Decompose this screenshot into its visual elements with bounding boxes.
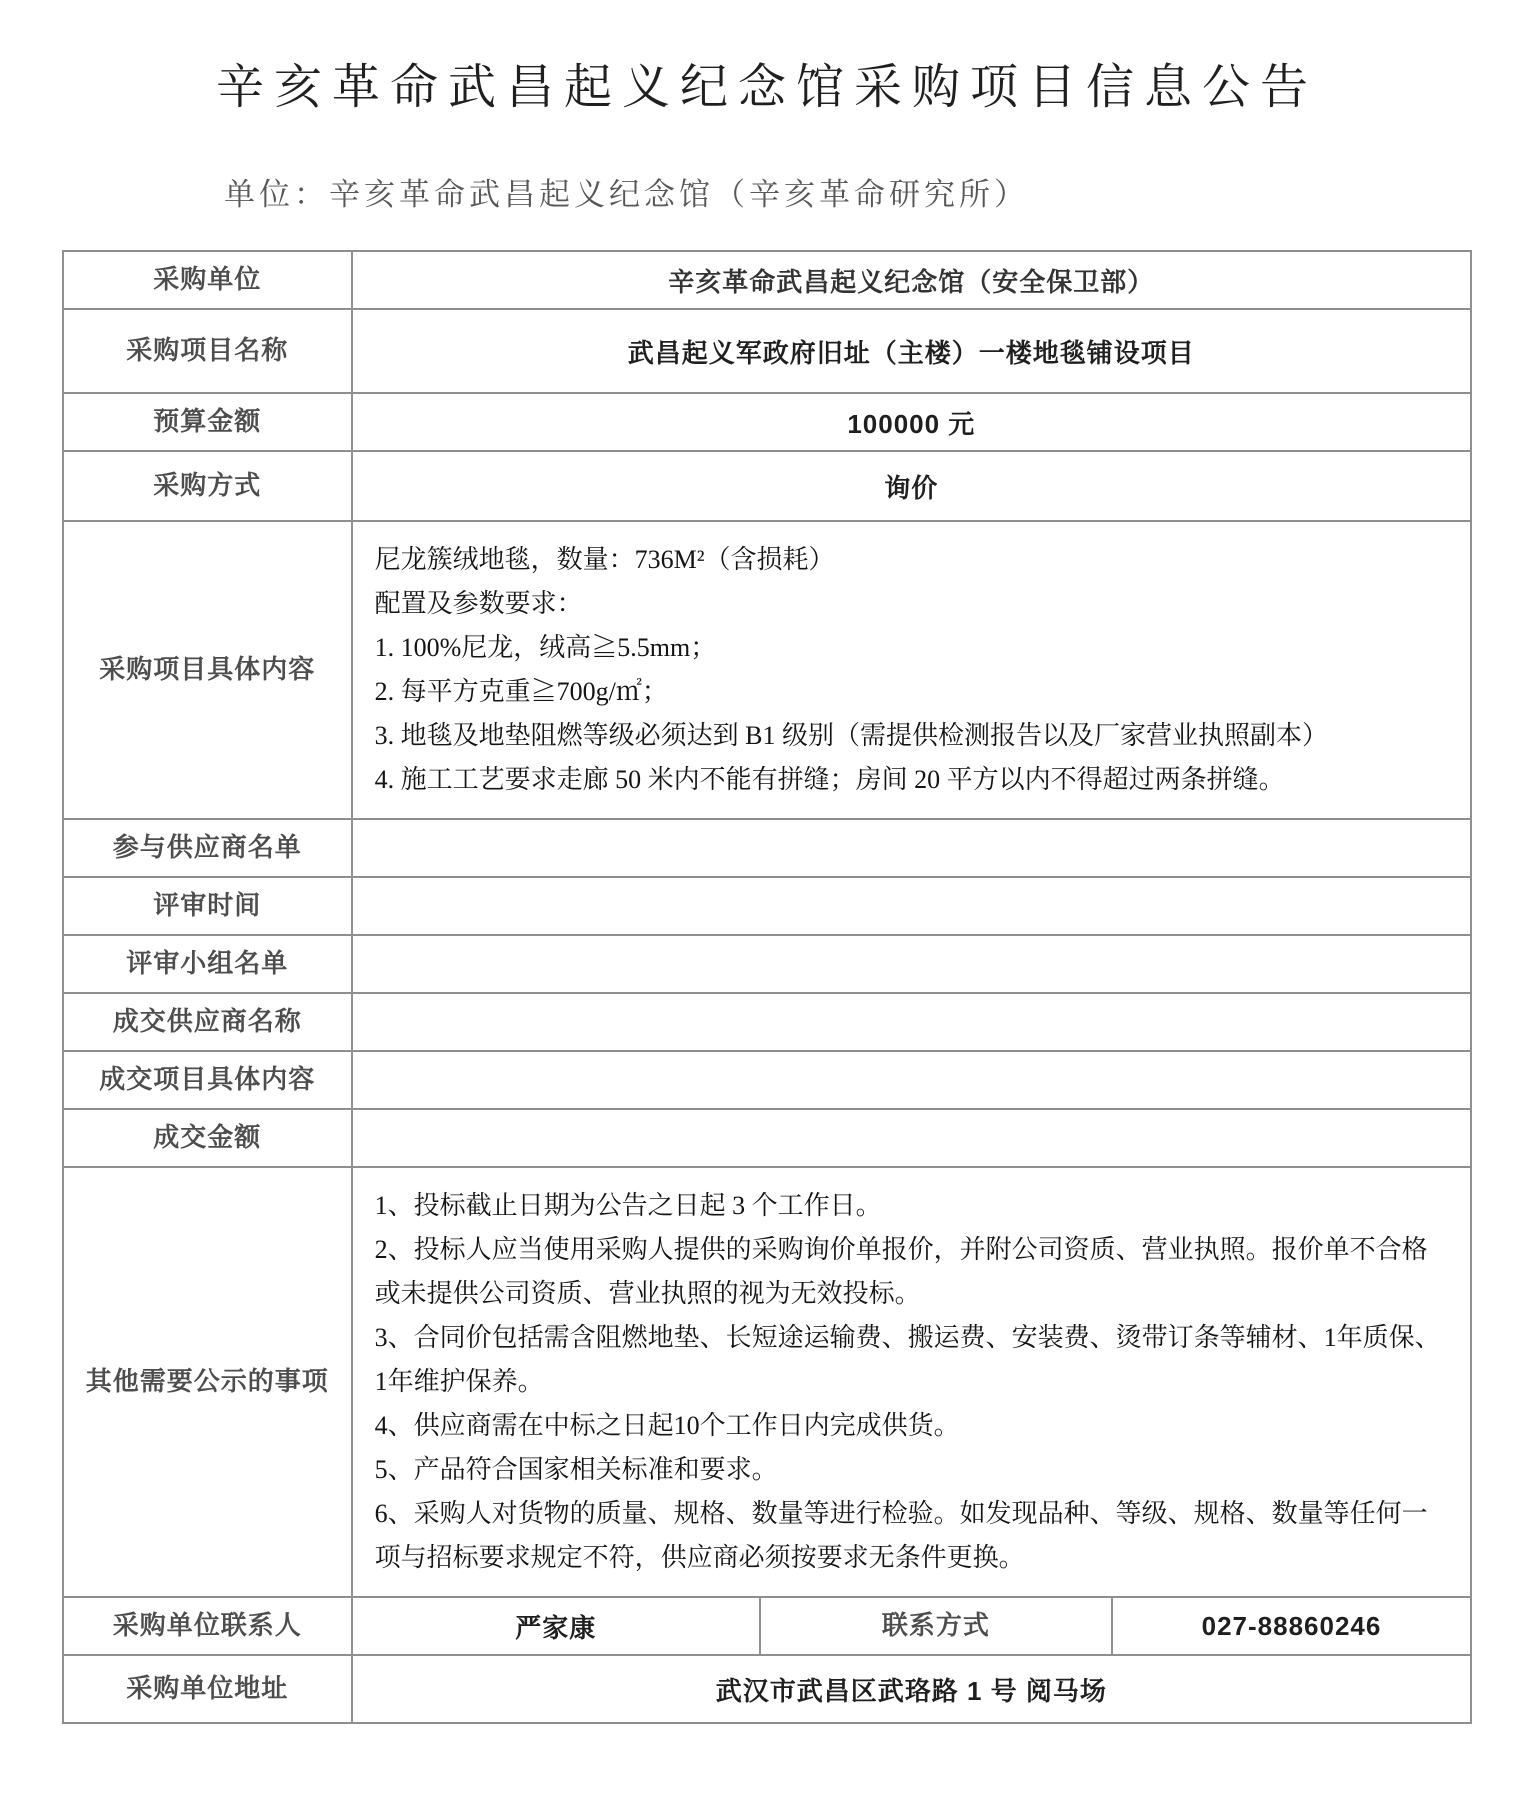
table-row-suppliers: 参与供应商名单 bbox=[63, 819, 1471, 877]
announcement-table: 采购单位 辛亥革命武昌起义纪念馆（安全保卫部） 采购项目名称 武昌起义军政府旧址… bbox=[62, 250, 1472, 1724]
detail-line: 配置及参数要求： bbox=[375, 582, 1452, 626]
table-row-deal-amount: 成交金额 bbox=[63, 1109, 1471, 1167]
page-title: 辛亥革命武昌起义纪念馆采购项目信息公告 bbox=[62, 48, 1472, 117]
address-value: 武汉市武昌区武珞路 1 号 阅马场 bbox=[352, 1655, 1471, 1723]
announcement-page: 辛亥革命武昌起义纪念馆采购项目信息公告 单位：辛亥革命武昌起义纪念馆（辛亥革命研… bbox=[0, 0, 1534, 1820]
project-detail-label: 采购项目具体内容 bbox=[63, 521, 352, 819]
table-row-method: 采购方式 询价 bbox=[63, 451, 1471, 521]
deal-amount-value bbox=[352, 1109, 1471, 1167]
detail-line: 尼龙簇绒地毯，数量：736M²（含损耗） bbox=[375, 538, 1452, 582]
contact-name: 严家康 bbox=[352, 1597, 760, 1655]
note-line: 5、产品符合国家相关标准和要求。 bbox=[375, 1448, 1452, 1492]
other-notes-label: 其他需要公示的事项 bbox=[63, 1167, 352, 1597]
contact-phone: 027-88860246 bbox=[1112, 1597, 1471, 1655]
detail-line: 1. 100%尼龙，绒高≧5.5mm； bbox=[375, 626, 1452, 670]
budget-value: 100000 元 bbox=[352, 393, 1471, 451]
budget-label: 预算金额 bbox=[63, 393, 352, 451]
contact-label: 采购单位联系人 bbox=[63, 1597, 352, 1655]
suppliers-label: 参与供应商名单 bbox=[63, 819, 352, 877]
table-row-purchasing-unit: 采购单位 辛亥革命武昌起义纪念馆（安全保卫部） bbox=[63, 251, 1471, 309]
review-team-label: 评审小组名单 bbox=[63, 935, 352, 993]
table-row-review-time: 评审时间 bbox=[63, 877, 1471, 935]
review-time-value bbox=[352, 877, 1471, 935]
purchasing-unit-label: 采购单位 bbox=[63, 251, 352, 309]
note-line: 2、投标人应当使用采购人提供的采购询价单报价，并附公司资质、营业执照。报价单不合… bbox=[375, 1228, 1452, 1316]
note-line: 4、供应商需在中标之日起10个工作日内完成供货。 bbox=[375, 1404, 1452, 1448]
detail-line: 3. 地毯及地垫阻燃等级必须达到 B1 级别（需提供检测报告以及厂家营业执照副本… bbox=[375, 714, 1452, 758]
method-label: 采购方式 bbox=[63, 451, 352, 521]
table-row-deal-detail: 成交项目具体内容 bbox=[63, 1051, 1471, 1109]
table-row-winning-supplier: 成交供应商名称 bbox=[63, 993, 1471, 1051]
project-name-label: 采购项目名称 bbox=[63, 309, 352, 393]
table-row-project-name: 采购项目名称 武昌起义军政府旧址（主楼）一楼地毯铺设项目 bbox=[63, 309, 1471, 393]
review-team-value bbox=[352, 935, 1471, 993]
deal-amount-label: 成交金额 bbox=[63, 1109, 352, 1167]
detail-line: 4. 施工工艺要求走廊 50 米内不能有拼缝；房间 20 平方以内不得超过两条拼… bbox=[375, 758, 1452, 802]
review-time-label: 评审时间 bbox=[63, 877, 352, 935]
deal-detail-value bbox=[352, 1051, 1471, 1109]
table-row-project-detail: 采购项目具体内容 尼龙簇绒地毯，数量：736M²（含损耗） 配置及参数要求： 1… bbox=[63, 521, 1471, 819]
other-notes-content: 1、投标截止日期为公告之日起 3 个工作日。 2、投标人应当使用采购人提供的采购… bbox=[352, 1167, 1471, 1597]
table-row-other-notes: 其他需要公示的事项 1、投标截止日期为公告之日起 3 个工作日。 2、投标人应当… bbox=[63, 1167, 1471, 1597]
table-row-review-team: 评审小组名单 bbox=[63, 935, 1471, 993]
contact-method-label: 联系方式 bbox=[760, 1597, 1112, 1655]
suppliers-value bbox=[352, 819, 1471, 877]
table-row-address: 采购单位地址 武汉市武昌区武珞路 1 号 阅马场 bbox=[63, 1655, 1471, 1723]
winning-supplier-label: 成交供应商名称 bbox=[63, 993, 352, 1051]
address-label: 采购单位地址 bbox=[63, 1655, 352, 1723]
detail-line: 2. 每平方克重≧700g/㎡； bbox=[375, 670, 1452, 714]
table-row-contact: 采购单位联系人 严家康 联系方式 027-88860246 bbox=[63, 1597, 1471, 1655]
note-line: 1、投标截止日期为公告之日起 3 个工作日。 bbox=[375, 1184, 1452, 1228]
project-detail-content: 尼龙簇绒地毯，数量：736M²（含损耗） 配置及参数要求： 1. 100%尼龙，… bbox=[352, 521, 1471, 819]
unit-line: 单位：辛亥革命武昌起义纪念馆（辛亥革命研究所） bbox=[224, 169, 1472, 214]
note-line: 3、合同价包括需含阻燃地垫、长短途运输费、搬运费、安装费、烫带订条等辅材、1年质… bbox=[375, 1316, 1452, 1404]
project-name-value: 武昌起义军政府旧址（主楼）一楼地毯铺设项目 bbox=[352, 309, 1471, 393]
deal-detail-label: 成交项目具体内容 bbox=[63, 1051, 352, 1109]
purchasing-unit-value: 辛亥革命武昌起义纪念馆（安全保卫部） bbox=[352, 251, 1471, 309]
table-row-budget: 预算金额 100000 元 bbox=[63, 393, 1471, 451]
note-line: 6、采购人对货物的质量、规格、数量等进行检验。如发现品种、等级、规格、数量等任何… bbox=[375, 1492, 1452, 1580]
winning-supplier-value bbox=[352, 993, 1471, 1051]
method-value: 询价 bbox=[352, 451, 1471, 521]
